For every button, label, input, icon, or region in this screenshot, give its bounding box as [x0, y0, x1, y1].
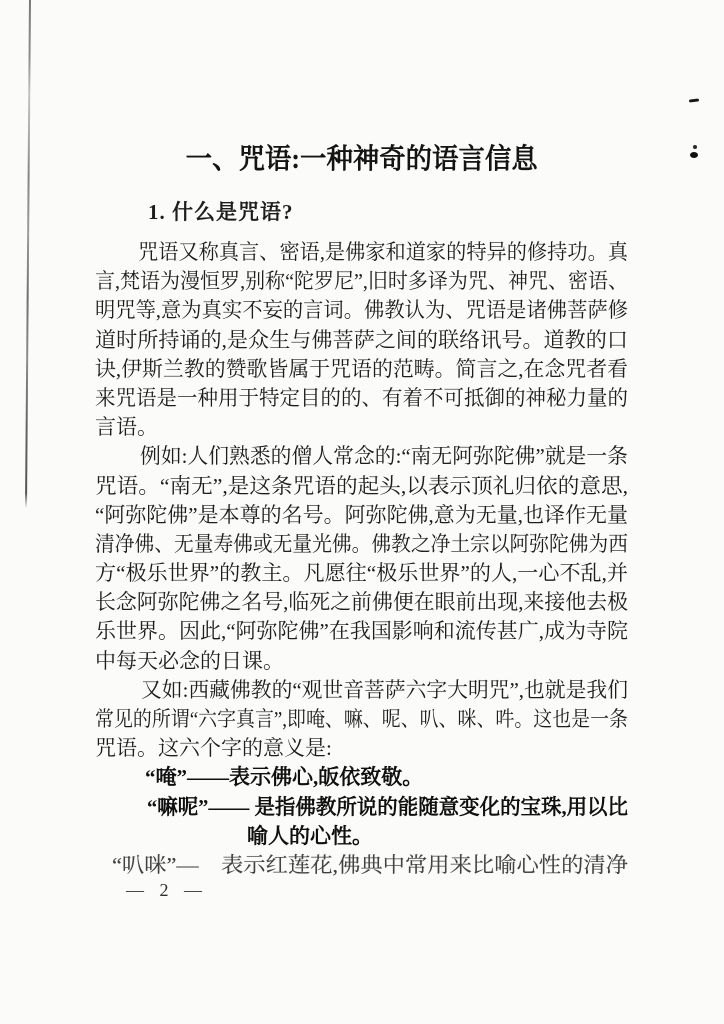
- text-line: “阿弥陀佛”是本尊的名号。阿弥陀佛,意为无量,也译作无量: [95, 501, 628, 530]
- text-line-content: 咒语又称真言、密语,是佛家和道家的特异的修持功。真: [138, 238, 628, 267]
- text-line: 又如:西藏佛教的“观世音菩萨六字大明咒”,也就是我们: [95, 676, 628, 705]
- text-line-content: “阿弥陀佛”是本尊的名号。阿弥陀佛,意为无量,也译作无量: [95, 501, 628, 530]
- text-line: 方“极乐世界”的教主。凡愿往“极乐世界”的人,一心不乱,并: [95, 559, 628, 588]
- text-line: 例如:人们熟悉的僧人常念的:“南无阿弥陀佛”就是一条: [95, 442, 628, 471]
- text-line: 言,梵语为漫恒罗,别称“陀罗尼”,旧时多译为咒、神咒、密语、: [95, 267, 628, 296]
- text-line-content: 明咒等,意为真实不妄的言词。佛教认为、咒语是诸佛菩萨修: [95, 296, 628, 325]
- text-line-content: 道时所持诵的,是众生与佛菩萨之间的联络讯号。道教的口: [95, 326, 628, 355]
- text-line: 诀,伊斯兰教的赞歌皆属于咒语的范畴。简言之,在念咒者看: [95, 355, 628, 384]
- text-line: “嘛呢”—— 是指佛教所说的能随意变化的宝珠,用以比: [95, 793, 628, 822]
- scan-speckle-dash: [689, 98, 699, 102]
- text-line-content: 常见的所谓“六字真言”,即唵、嘛、呢、叭、咪、吽。这也是一条: [95, 705, 628, 734]
- text-line: 中每天必念的日课。: [95, 647, 628, 676]
- text-line-content: 清净佛、无量寿佛或无量光佛。佛教之净土宗以阿弥陀佛为西: [95, 530, 628, 559]
- text-line: 来咒语是一种用于特定目的的、有着不可抵御的神秘力量的: [95, 384, 628, 413]
- text-line-content: 诀,伊斯兰教的赞歌皆属于咒语的范畴。简言之,在念咒者看: [95, 355, 628, 384]
- scan-edge-line: [25, 0, 31, 508]
- text-line: 明咒等,意为真实不妄的言词。佛教认为、咒语是诸佛菩萨修: [95, 296, 628, 325]
- text-line: “唵”——表示佛心,皈依致敬。: [95, 763, 628, 792]
- text-line: 道时所持诵的,是众生与佛菩萨之间的联络讯号。道教的口: [95, 326, 628, 355]
- body-text: 咒语又称真言、密语,是佛家和道家的特异的修持功。真言,梵语为漫恒罗,别称“陀罗尼…: [95, 238, 628, 880]
- text-line-content: 又如:西藏佛教的“观世音菩萨六字大明咒”,也就是我们: [141, 676, 628, 705]
- scanned-book-page: 一、咒语:一种神奇的语言信息 1. 什么是咒语? 咒语又称真言、密语,是佛家和道…: [0, 0, 724, 1024]
- text-line: 长念阿弥陀佛之名号,临死之前佛便在眼前出现,来接他去极: [95, 588, 628, 617]
- text-line: 常见的所谓“六字真言”,即唵、嘛、呢、叭、咪、吽。这也是一条: [95, 705, 628, 734]
- text-line: 乐世界。因此,“阿弥陀佛”在我国影响和流传甚广,成为寺院: [95, 617, 628, 646]
- text-line-content: 长念阿弥陀佛之名号,临死之前佛便在眼前出现,来接他去极: [95, 588, 628, 617]
- text-line-content: 例如:人们熟悉的僧人常念的:“南无阿弥陀佛”就是一条: [140, 442, 628, 471]
- text-line: 清净佛、无量寿佛或无量光佛。佛教之净土宗以阿弥陀佛为西: [95, 530, 628, 559]
- chapter-title: 一、咒语:一种神奇的语言信息: [95, 142, 628, 178]
- text-line-content: 言语。: [95, 413, 158, 442]
- text-line-content: 咒语。这六个字的意义是:: [95, 734, 332, 763]
- text-line-content: 中每天必念的日课。: [95, 647, 284, 676]
- text-line: 言语。: [95, 413, 628, 442]
- text-line-content: “唵”——表示佛心,皈依致敬。: [145, 763, 423, 792]
- page-number: — 2 —: [126, 880, 204, 901]
- text-line-content: 乐世界。因此,“阿弥陀佛”在我国影响和流传甚广,成为寺院: [95, 617, 628, 646]
- text-line: 喻人的心性。: [95, 822, 628, 851]
- text-line-content: 咒语。“南无”,是这条咒语的起头,以表示顶礼归依的意思,: [95, 472, 628, 501]
- text-line-content: 喻人的心性。: [247, 822, 373, 851]
- chapter-title-text: 一、咒语:一种神奇的语言信息: [185, 142, 537, 178]
- text-line-content: “叭咪”— 表示红莲花,佛典中常用来比喻心性的清净: [112, 851, 628, 880]
- text-line-content: 方“极乐世界”的教主。凡愿往“极乐世界”的人,一心不乱,并: [95, 559, 628, 588]
- scan-speckle-dot-small: [693, 145, 697, 149]
- text-line: 咒语又称真言、密语,是佛家和道家的特异的修持功。真: [95, 238, 628, 267]
- text-line-content: “嘛呢”—— 是指佛教所说的能随意变化的宝珠,用以比: [147, 793, 628, 822]
- text-line-content: 言,梵语为漫恒罗,别称“陀罗尼”,旧时多译为咒、神咒、密语、: [95, 267, 628, 296]
- text-line: “叭咪”— 表示红莲花,佛典中常用来比喻心性的清净: [95, 851, 628, 880]
- text-line: 咒语。这六个字的意义是:: [95, 734, 628, 763]
- text-line: 咒语。“南无”,是这条咒语的起头,以表示顶礼归依的意思,: [95, 472, 628, 501]
- text-line-content: 来咒语是一种用于特定目的的、有着不可抵御的神秘力量的: [95, 384, 628, 413]
- section-heading: 1. 什么是咒语?: [148, 196, 294, 226]
- scan-speckle-dot-large: [690, 152, 698, 158]
